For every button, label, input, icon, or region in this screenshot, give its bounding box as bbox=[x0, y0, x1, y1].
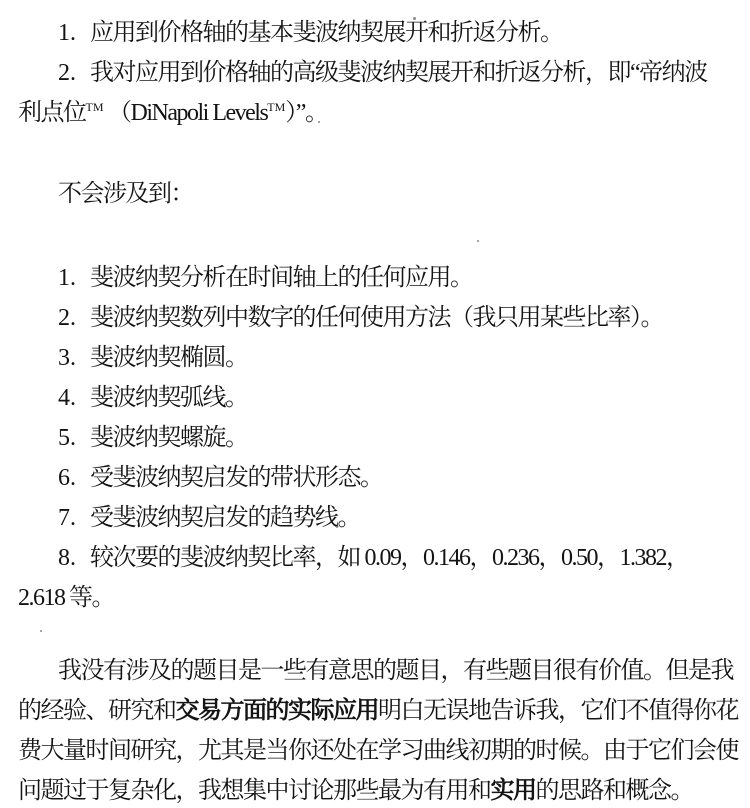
list-item-text: 斐波纳契弧线。 bbox=[90, 385, 248, 411]
scan-speck bbox=[477, 240, 479, 242]
dinapoli-latin-text: （DiNapoli Levels bbox=[104, 100, 268, 126]
list-item-number: 4. bbox=[58, 378, 90, 418]
included-topics-list: 1.应用到价格轴的基本斐波纳契展开和折返分析。 2.我对应用到价格轴的高级斐波纳… bbox=[18, 13, 738, 133]
list-item-text: 受斐波纳契启发的带状形态。 bbox=[90, 465, 383, 491]
list-item-text: 较次要的斐波纳契比率，如 0.09，0.146，0.236，0.50，1.382… bbox=[90, 545, 689, 571]
list-item: 1.斐波纳契分析在时间轴上的任何应用。 bbox=[18, 258, 738, 298]
list-item: 3.斐波纳契椭圆。 bbox=[18, 338, 738, 378]
closing-paragraph: 我没有涉及的题目是一些有意思的题目，有些题目很有价值。但是我 的经验、研究和交易… bbox=[18, 651, 738, 808]
paragraph-line: 我没有涉及的题目是一些有意思的题目，有些题目很有价值。但是我 bbox=[18, 651, 738, 691]
list-item: 2.斐波纳契数列中数字的任何使用方法（我只用某些比率）。 bbox=[18, 298, 738, 338]
list-item: 4.斐波纳契弧线。 bbox=[18, 378, 738, 418]
scan-speck bbox=[318, 121, 320, 123]
list-item: 2.我对应用到价格轴的高级斐波纳契展开和折返分析，即“帝纳波 bbox=[18, 53, 738, 93]
paragraph-text: 的思路和概念。 bbox=[536, 778, 694, 804]
list-item-number: 2. bbox=[58, 53, 90, 93]
emphasized-text: 交易方面的实际应用 bbox=[176, 698, 379, 724]
list-item-number: 7. bbox=[58, 498, 90, 538]
scan-speck bbox=[40, 630, 42, 632]
list-item-number: 1. bbox=[58, 258, 90, 298]
list-item-text: 受斐波纳契启发的趋势线。 bbox=[90, 505, 360, 531]
list-item: 6.受斐波纳契启发的带状形态。 bbox=[18, 458, 738, 498]
list-item-number: 1. bbox=[58, 13, 90, 53]
emphasized-text: 实用 bbox=[491, 778, 536, 804]
trademark-superscript: TM bbox=[86, 100, 104, 114]
trademark-superscript: TM bbox=[267, 100, 285, 114]
dinapoli-closing-text: ）”。 bbox=[285, 100, 327, 126]
list-item-text: 斐波纳契螺旋。 bbox=[90, 425, 248, 451]
list-item-continuation-ratios: 2.618 等。 bbox=[18, 578, 738, 618]
dinapoli-text: 利点位 bbox=[18, 100, 86, 126]
list-item-number: 2. bbox=[58, 298, 90, 338]
paragraph-text: 明白无误地告诉我，它们不值得你花 bbox=[378, 698, 738, 724]
scan-speck bbox=[413, 17, 416, 20]
paragraph-text: 的经验、研究和 bbox=[18, 698, 176, 724]
list-item-text: 斐波纳契数列中数字的任何使用方法（我只用某些比率）。 bbox=[90, 305, 663, 331]
excluded-topics-list: 1.斐波纳契分析在时间轴上的任何应用。 2.斐波纳契数列中数字的任何使用方法（我… bbox=[18, 258, 738, 618]
list-item-continuation-dinapoli: 利点位TM （DiNapoli LevelsTM）”。 bbox=[18, 93, 738, 133]
paragraph-text: 问题过于复杂化，我想集中讨论那些最为有用和 bbox=[18, 778, 491, 804]
document-page: 1.应用到价格轴的基本斐波纳契展开和折返分析。 2.我对应用到价格轴的高级斐波纳… bbox=[0, 0, 750, 808]
list-item-number: 3. bbox=[58, 338, 90, 378]
list-item-number: 6. bbox=[58, 458, 90, 498]
list-item-text: 斐波纳契椭圆。 bbox=[90, 345, 248, 371]
section-heading: 不会涉及到： bbox=[18, 174, 738, 214]
list-item: 1.应用到价格轴的基本斐波纳契展开和折返分析。 bbox=[18, 13, 738, 53]
scan-speck bbox=[336, 526, 338, 528]
list-item-text: 应用到价格轴的基本斐波纳契展开和折返分析。 bbox=[90, 20, 563, 46]
list-item: 5.斐波纳契螺旋。 bbox=[18, 418, 738, 458]
paragraph-line: 费大量时间研究，尤其是当你还处在学习曲线初期的时候。由于它们会使 bbox=[18, 731, 738, 771]
paragraph-line: 问题过于复杂化，我想集中讨论那些最为有用和实用的思路和概念。 bbox=[18, 771, 738, 808]
list-item: 7.受斐波纳契启发的趋势线。 bbox=[18, 498, 738, 538]
list-item-text: 我对应用到价格轴的高级斐波纳契展开和折返分析，即“帝纳波 bbox=[90, 60, 707, 86]
list-item-number: 8. bbox=[58, 538, 90, 578]
list-item: 8.较次要的斐波纳契比率，如 0.09，0.146，0.236，0.50，1.3… bbox=[18, 538, 738, 578]
paragraph-line: 的经验、研究和交易方面的实际应用明白无误地告诉我，它们不值得你花 bbox=[18, 691, 738, 731]
list-item-number: 5. bbox=[58, 418, 90, 458]
list-item-text: 斐波纳契分析在时间轴上的任何应用。 bbox=[90, 265, 473, 291]
